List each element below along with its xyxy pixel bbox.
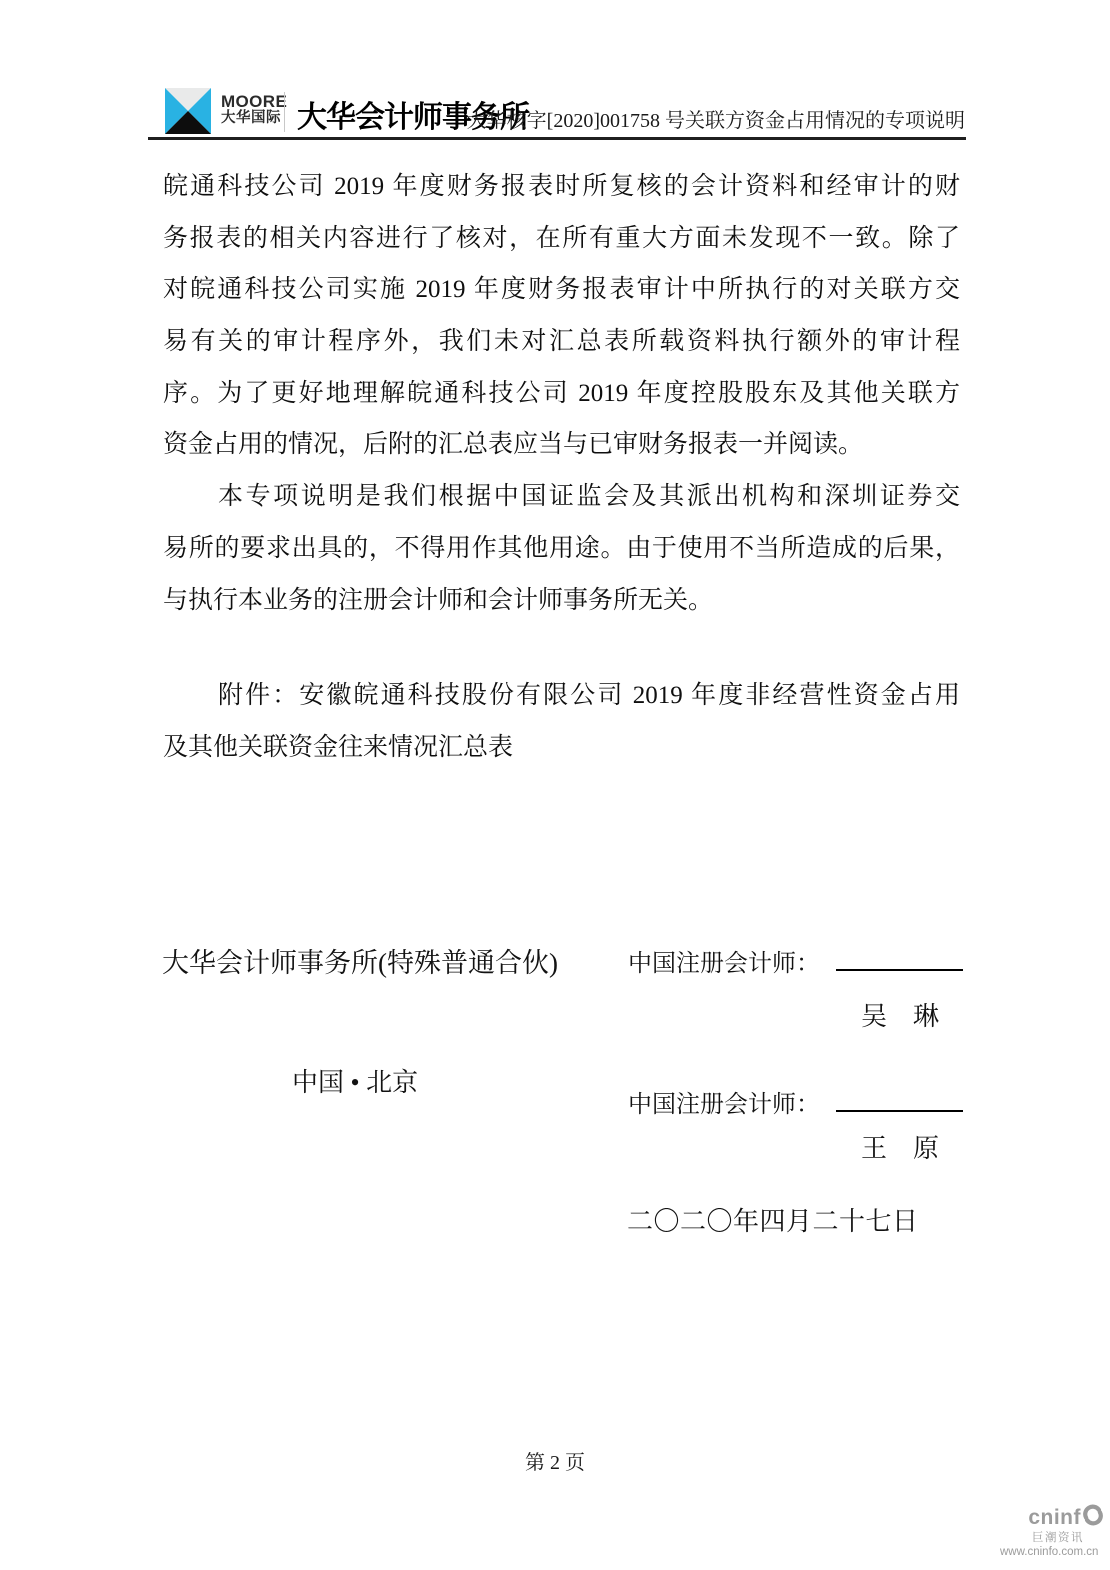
moore-dahua-logo-icon [165, 88, 211, 134]
brand-cn: 大华国际 [221, 111, 287, 127]
body-line: 序。为了更好地理解皖通科技公司 2019 年度控股股东及其他关联方 [163, 368, 960, 420]
signature-underline-1 [836, 969, 963, 971]
body-line: 皖通科技公司 2019 年度财务报表时所复核的会计资料和经审计的财 [163, 161, 960, 213]
signature-date: 二〇二〇年四月二十七日 [627, 1201, 919, 1238]
brand-en: MOORE [221, 93, 287, 111]
cninfo-url: www.cninfo.com.cn [1000, 1546, 1104, 1559]
page-number: 第 2 页 [0, 1446, 1110, 1475]
cpa-signature-line-1: 中国注册会计师： [628, 943, 963, 978]
attachment-text: 附件：安徽皖通科技股份有限公司 2019 年度非经营性资金占用 及其他关联资金往… [163, 670, 960, 773]
document-reference: 大华核字[2020]001758 号关联方资金占用情况的专项说明 [467, 104, 965, 133]
cpa-name-2: 王 原 [830, 1128, 970, 1165]
body-line: 务报表的相关内容进行了核对，在所有重大方面未发现不一致。除了 [163, 213, 960, 265]
body-line: 与执行本业务的注册会计师和会计师事务所无关。 [163, 575, 960, 627]
cninfo-swirl-icon [1082, 1504, 1104, 1531]
document-page: MOORE 大华国际 大华会计师事务所 大华核字[2020]001758 号关联… [0, 0, 1110, 1570]
attachment-line: 附件：安徽皖通科技股份有限公司 2019 年度非经营性资金占用 [163, 670, 960, 722]
cpa-signature-line-2: 中国注册会计师： [628, 1084, 963, 1119]
signature-location: 中国 • 北京 [292, 1062, 418, 1099]
cninfo-name-cn: 巨潮资讯 [1012, 1532, 1104, 1545]
signature-firm-name: 大华会计师事务所(特殊普通合伙) [162, 941, 558, 980]
header-rule [148, 137, 966, 140]
cninfo-brand: cninf [1028, 1506, 1081, 1529]
body-text: 皖通科技公司 2019 年度财务报表时所复核的会计资料和经审计的财 务报表的相关… [163, 161, 960, 626]
cpa-label-2: 中国注册会计师： [628, 1092, 820, 1118]
cpa-name-1: 吴 琳 [830, 996, 970, 1033]
body-line: 资金占用的情况，后附的汇总表应当与已审财务报表一并阅读。 [163, 419, 960, 471]
body-line: 对皖通科技公司实施 2019 年度财务报表审计中所执行的对关联方交 [163, 264, 960, 316]
cpa-label-1: 中国注册会计师： [628, 951, 820, 977]
logo-divider [284, 92, 285, 132]
body-line: 易有关的审计程序外，我们未对汇总表所载资料执行额外的审计程 [163, 316, 960, 368]
cninfo-watermark: cninf 巨潮资讯 www.cninfo.com.cn [1000, 1504, 1104, 1559]
attachment-line: 及其他关联资金往来情况汇总表 [163, 722, 960, 774]
logo-wordmark: MOORE 大华国际 [221, 93, 287, 127]
body-line: 易所的要求出具的，不得用作其他用途。由于使用不当所造成的后果， [163, 523, 960, 575]
body-line: 本专项说明是我们根据中国证监会及其派出机构和深圳证券交 [163, 471, 960, 523]
signature-underline-2 [836, 1110, 963, 1112]
